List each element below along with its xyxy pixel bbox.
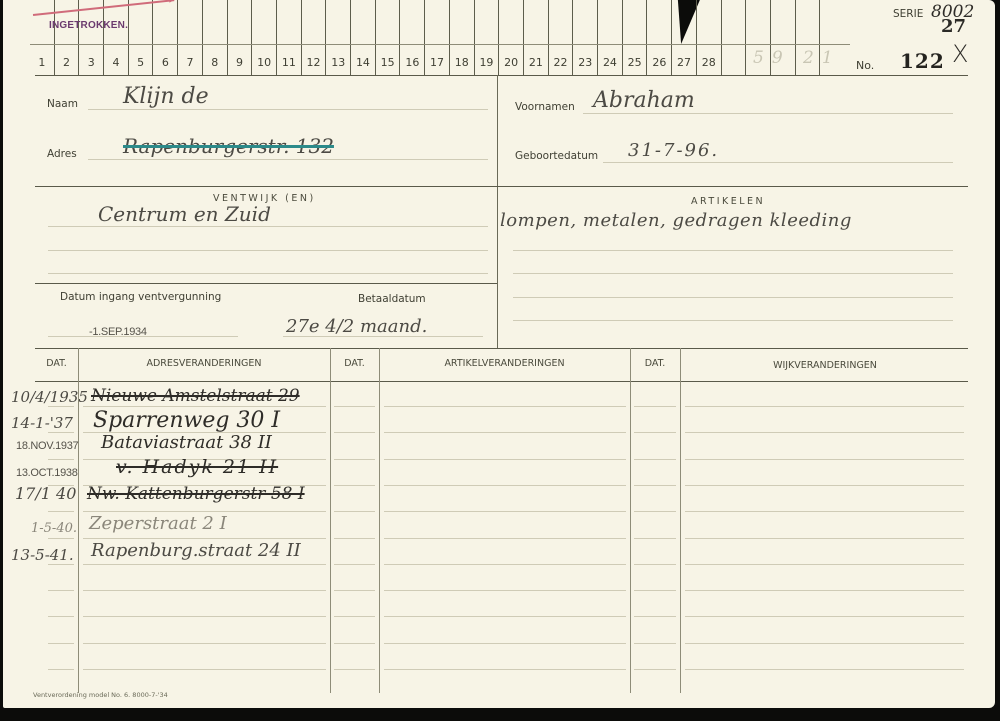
ruled-line xyxy=(685,564,964,565)
ventwijk-value: Centrum en Zuid xyxy=(98,202,271,226)
voornamen-value: Abraham xyxy=(593,88,695,113)
ruled-line xyxy=(634,406,676,407)
ruled-line xyxy=(83,590,326,591)
ruled-line xyxy=(634,564,676,565)
ruled-line xyxy=(334,538,375,539)
row-1-address: Nieuwe Amstelstraat 29 xyxy=(91,386,300,406)
ruled-line xyxy=(384,643,626,644)
ruled-line xyxy=(685,538,964,539)
header-wijkveranderingen: WIJKVERANDERINGEN xyxy=(680,360,970,371)
ruled-line xyxy=(685,485,964,486)
ruled-line xyxy=(83,564,326,565)
ruled-line xyxy=(334,406,375,407)
ruled-line xyxy=(83,669,326,670)
ruled-line xyxy=(685,432,964,433)
ruled-line xyxy=(384,432,626,433)
card-number: 122 xyxy=(900,49,945,73)
artikelen-value: lompen, metalen, gedragen kleeding xyxy=(500,210,852,231)
row-7-address: Rapenburg.straat 24 II xyxy=(91,540,301,561)
day-number: 18 xyxy=(450,56,474,69)
naam-label: Naam xyxy=(47,98,78,110)
row-3-date: 18.NOV.1937 xyxy=(16,440,78,452)
day-cell-20: 20 xyxy=(499,0,524,75)
row-1-date: 10/4/1935 xyxy=(11,388,88,406)
day-number: 8 xyxy=(203,56,227,69)
adres-label: Adres xyxy=(47,148,77,160)
day-number: 4 xyxy=(104,56,128,69)
naam-line xyxy=(88,109,488,110)
day-number: 3 xyxy=(79,56,103,69)
day-cell-15: 15 xyxy=(376,0,401,75)
day-number: 6 xyxy=(154,56,178,69)
ruled-line xyxy=(384,485,626,486)
ruled-line xyxy=(384,590,626,591)
day-cell-3: 3 xyxy=(79,0,104,75)
ruled-line xyxy=(634,432,676,433)
ruled-line xyxy=(634,643,676,644)
day-number: 19 xyxy=(475,56,499,69)
ruled-line xyxy=(685,406,964,407)
ruled-line xyxy=(334,616,375,617)
licence-paid-value: 27e 4/2 maand. xyxy=(286,316,427,337)
day-number: 10 xyxy=(252,56,276,69)
ruled-line xyxy=(384,459,626,460)
day-number: 2 xyxy=(55,56,79,69)
day-strip: 1234567891011121314151617181920212223242… xyxy=(30,0,850,75)
day-cell-26: 26 xyxy=(648,0,673,75)
artikelen-title: ARTIKELEN xyxy=(691,196,765,207)
ruled-line xyxy=(634,511,676,512)
day-cell-25: 25 xyxy=(623,0,648,75)
day-cell-5: 5 xyxy=(129,0,154,75)
ruled-line xyxy=(83,643,326,644)
licence-paid-label: Betaaldatum xyxy=(358,293,426,305)
ruled-line xyxy=(83,538,326,539)
day-cell-19: 19 xyxy=(475,0,500,75)
header-dat-1: DAT. xyxy=(35,358,78,369)
serie-label: SERIE xyxy=(893,8,923,20)
footer-imprint: Ventverordening model No. 6. 8000-7-'34 xyxy=(33,691,168,699)
artikelen-line-4 xyxy=(513,320,953,321)
table-top-rule xyxy=(35,348,968,349)
day-number: 25 xyxy=(623,56,647,69)
naam-value: Klijn de xyxy=(123,84,209,109)
ruled-line xyxy=(48,669,74,670)
row-7-date: 13-5-41. xyxy=(11,546,74,564)
ruled-line xyxy=(685,590,964,591)
geboortedatum-value: 31-7-96. xyxy=(628,140,719,161)
geboortedatum-line xyxy=(603,162,953,163)
ruled-line xyxy=(384,564,626,565)
day-cell-16: 16 xyxy=(401,0,426,75)
col-divider-4 xyxy=(630,348,631,693)
day-number: 20 xyxy=(499,56,523,69)
artikelen-line-1 xyxy=(513,250,953,251)
withdrawn-stamp: INGETROKKEN. xyxy=(49,20,128,31)
row-5-date: 17/1 40 xyxy=(15,484,76,503)
day-number: 16 xyxy=(401,56,425,69)
day-number: 1 xyxy=(30,56,54,69)
day-cell-21: 21 xyxy=(524,0,549,75)
row-4-address: v. Hadyk 21 II xyxy=(116,456,278,478)
ruled-line xyxy=(48,432,74,433)
day-number: 11 xyxy=(277,56,301,69)
day-number: 28 xyxy=(697,56,721,69)
ruled-line xyxy=(334,564,375,565)
ruled-line xyxy=(384,616,626,617)
ruled-line xyxy=(384,406,626,407)
blank-cell xyxy=(722,0,747,75)
ruled-line xyxy=(83,406,326,407)
day-cell-22: 22 xyxy=(549,0,574,75)
ruled-line xyxy=(634,459,676,460)
ruled-line xyxy=(634,538,676,539)
ruled-line xyxy=(384,538,626,539)
day-number: 22 xyxy=(549,56,573,69)
ruled-line xyxy=(685,511,964,512)
ruled-line xyxy=(48,590,74,591)
ruled-line xyxy=(685,643,964,644)
licence-start-value: -1.SEP.1934 xyxy=(89,326,147,338)
day-cell-12: 12 xyxy=(302,0,327,75)
ruled-line xyxy=(384,511,626,512)
day-cell-17: 17 xyxy=(425,0,450,75)
row-6-address: Zeperstraat 2 I xyxy=(89,513,227,534)
day-number: 23 xyxy=(573,56,597,69)
col-divider-2 xyxy=(330,348,331,693)
ruled-line xyxy=(48,459,74,460)
ventwijk-line-1 xyxy=(48,226,488,227)
header-dat-2: DAT. xyxy=(330,358,379,369)
ruled-line xyxy=(685,459,964,460)
faint-mark-1: 59 xyxy=(753,48,791,68)
day-cell-28: 28 xyxy=(697,0,722,75)
ruled-line xyxy=(48,564,74,565)
day-cell-9: 9 xyxy=(228,0,253,75)
licence-start-label: Datum ingang ventvergunning xyxy=(60,291,221,303)
serie-number: 27 xyxy=(941,16,966,37)
day-cell-13: 13 xyxy=(326,0,351,75)
ruled-line xyxy=(334,459,375,460)
ruled-line xyxy=(83,511,326,512)
day-cell-11: 11 xyxy=(277,0,302,75)
day-number: 21 xyxy=(524,56,548,69)
ruled-line xyxy=(334,511,375,512)
day-cell-10: 10 xyxy=(252,0,277,75)
registration-card: 1234567891011121314151617181920212223242… xyxy=(3,0,995,708)
ruled-line xyxy=(48,643,74,644)
artikelen-line-3 xyxy=(513,297,953,298)
geboortedatum-label: Geboortedatum xyxy=(515,150,598,162)
day-cell-23: 23 xyxy=(573,0,598,75)
row-2-address: Sparrenweg 30 I xyxy=(93,408,280,433)
row-5-address: Nw. Kattenburgerstr 58 I xyxy=(87,484,305,504)
day-cell-6: 6 xyxy=(154,0,179,75)
ruled-line xyxy=(634,669,676,670)
ventwijk-line-3 xyxy=(48,273,488,274)
table-header-rule xyxy=(35,381,968,382)
ruled-line xyxy=(634,590,676,591)
day-number: 7 xyxy=(178,56,202,69)
day-cell-8: 8 xyxy=(203,0,228,75)
day-cell-7: 7 xyxy=(178,0,203,75)
ruled-line xyxy=(634,616,676,617)
artikelen-line-2 xyxy=(513,273,953,274)
ruled-line xyxy=(685,669,964,670)
day-number: 27 xyxy=(672,56,696,69)
faint-mark-2: 21 xyxy=(803,48,841,68)
adres-line xyxy=(88,159,488,160)
ruled-line xyxy=(83,616,326,617)
ruled-line xyxy=(334,669,375,670)
ruled-line xyxy=(334,485,375,486)
ruled-line xyxy=(685,616,964,617)
day-cell-24: 24 xyxy=(598,0,623,75)
ventwijk-line-2 xyxy=(48,250,488,251)
ruled-line xyxy=(634,485,676,486)
day-number: 15 xyxy=(376,56,400,69)
day-number: 17 xyxy=(425,56,449,69)
day-number: 14 xyxy=(351,56,375,69)
no-label: No. xyxy=(856,59,874,72)
personal-divider xyxy=(497,75,498,348)
ruled-line xyxy=(48,406,74,407)
day-number: 24 xyxy=(598,56,622,69)
ruled-line xyxy=(384,669,626,670)
day-cell-18: 18 xyxy=(450,0,475,75)
day-number: 26 xyxy=(648,56,672,69)
top-rule xyxy=(35,75,968,76)
day-cell-27: 27 xyxy=(672,0,697,75)
ruled-line xyxy=(48,511,74,512)
adres-value: Rapenburgerstr. 132 xyxy=(123,134,334,158)
ruled-line xyxy=(334,643,375,644)
row-6-date: 1-5-40. xyxy=(31,521,77,536)
col-divider-3 xyxy=(379,348,380,693)
header-dat-3: DAT. xyxy=(630,358,680,369)
ruled-line xyxy=(334,432,375,433)
day-number: 9 xyxy=(228,56,252,69)
licence-rule xyxy=(35,283,497,284)
row-2-date: 14-1-'37 xyxy=(11,414,73,432)
day-strip-divider xyxy=(30,44,850,45)
day-cell-4: 4 xyxy=(104,0,129,75)
day-cell-14: 14 xyxy=(351,0,376,75)
voornamen-line xyxy=(583,113,953,114)
section-rule-1 xyxy=(35,186,968,187)
row-4-date: 13.OCT.1938 xyxy=(16,467,78,479)
voornamen-label: Voornamen xyxy=(515,101,575,113)
ruled-line xyxy=(334,590,375,591)
row-3-address: Bataviastraat 38 II xyxy=(101,432,272,453)
day-number: 12 xyxy=(302,56,326,69)
ruled-line xyxy=(48,538,74,539)
day-number: 5 xyxy=(129,56,153,69)
header-artikelveranderingen: ARTIKELVERANDERINGEN xyxy=(379,358,630,369)
col-divider-5 xyxy=(680,348,681,693)
x-mark: X xyxy=(952,40,968,68)
ruled-line xyxy=(48,616,74,617)
day-number: 13 xyxy=(326,56,350,69)
header-adresveranderingen: ADRESVERANDERINGEN xyxy=(78,358,330,369)
